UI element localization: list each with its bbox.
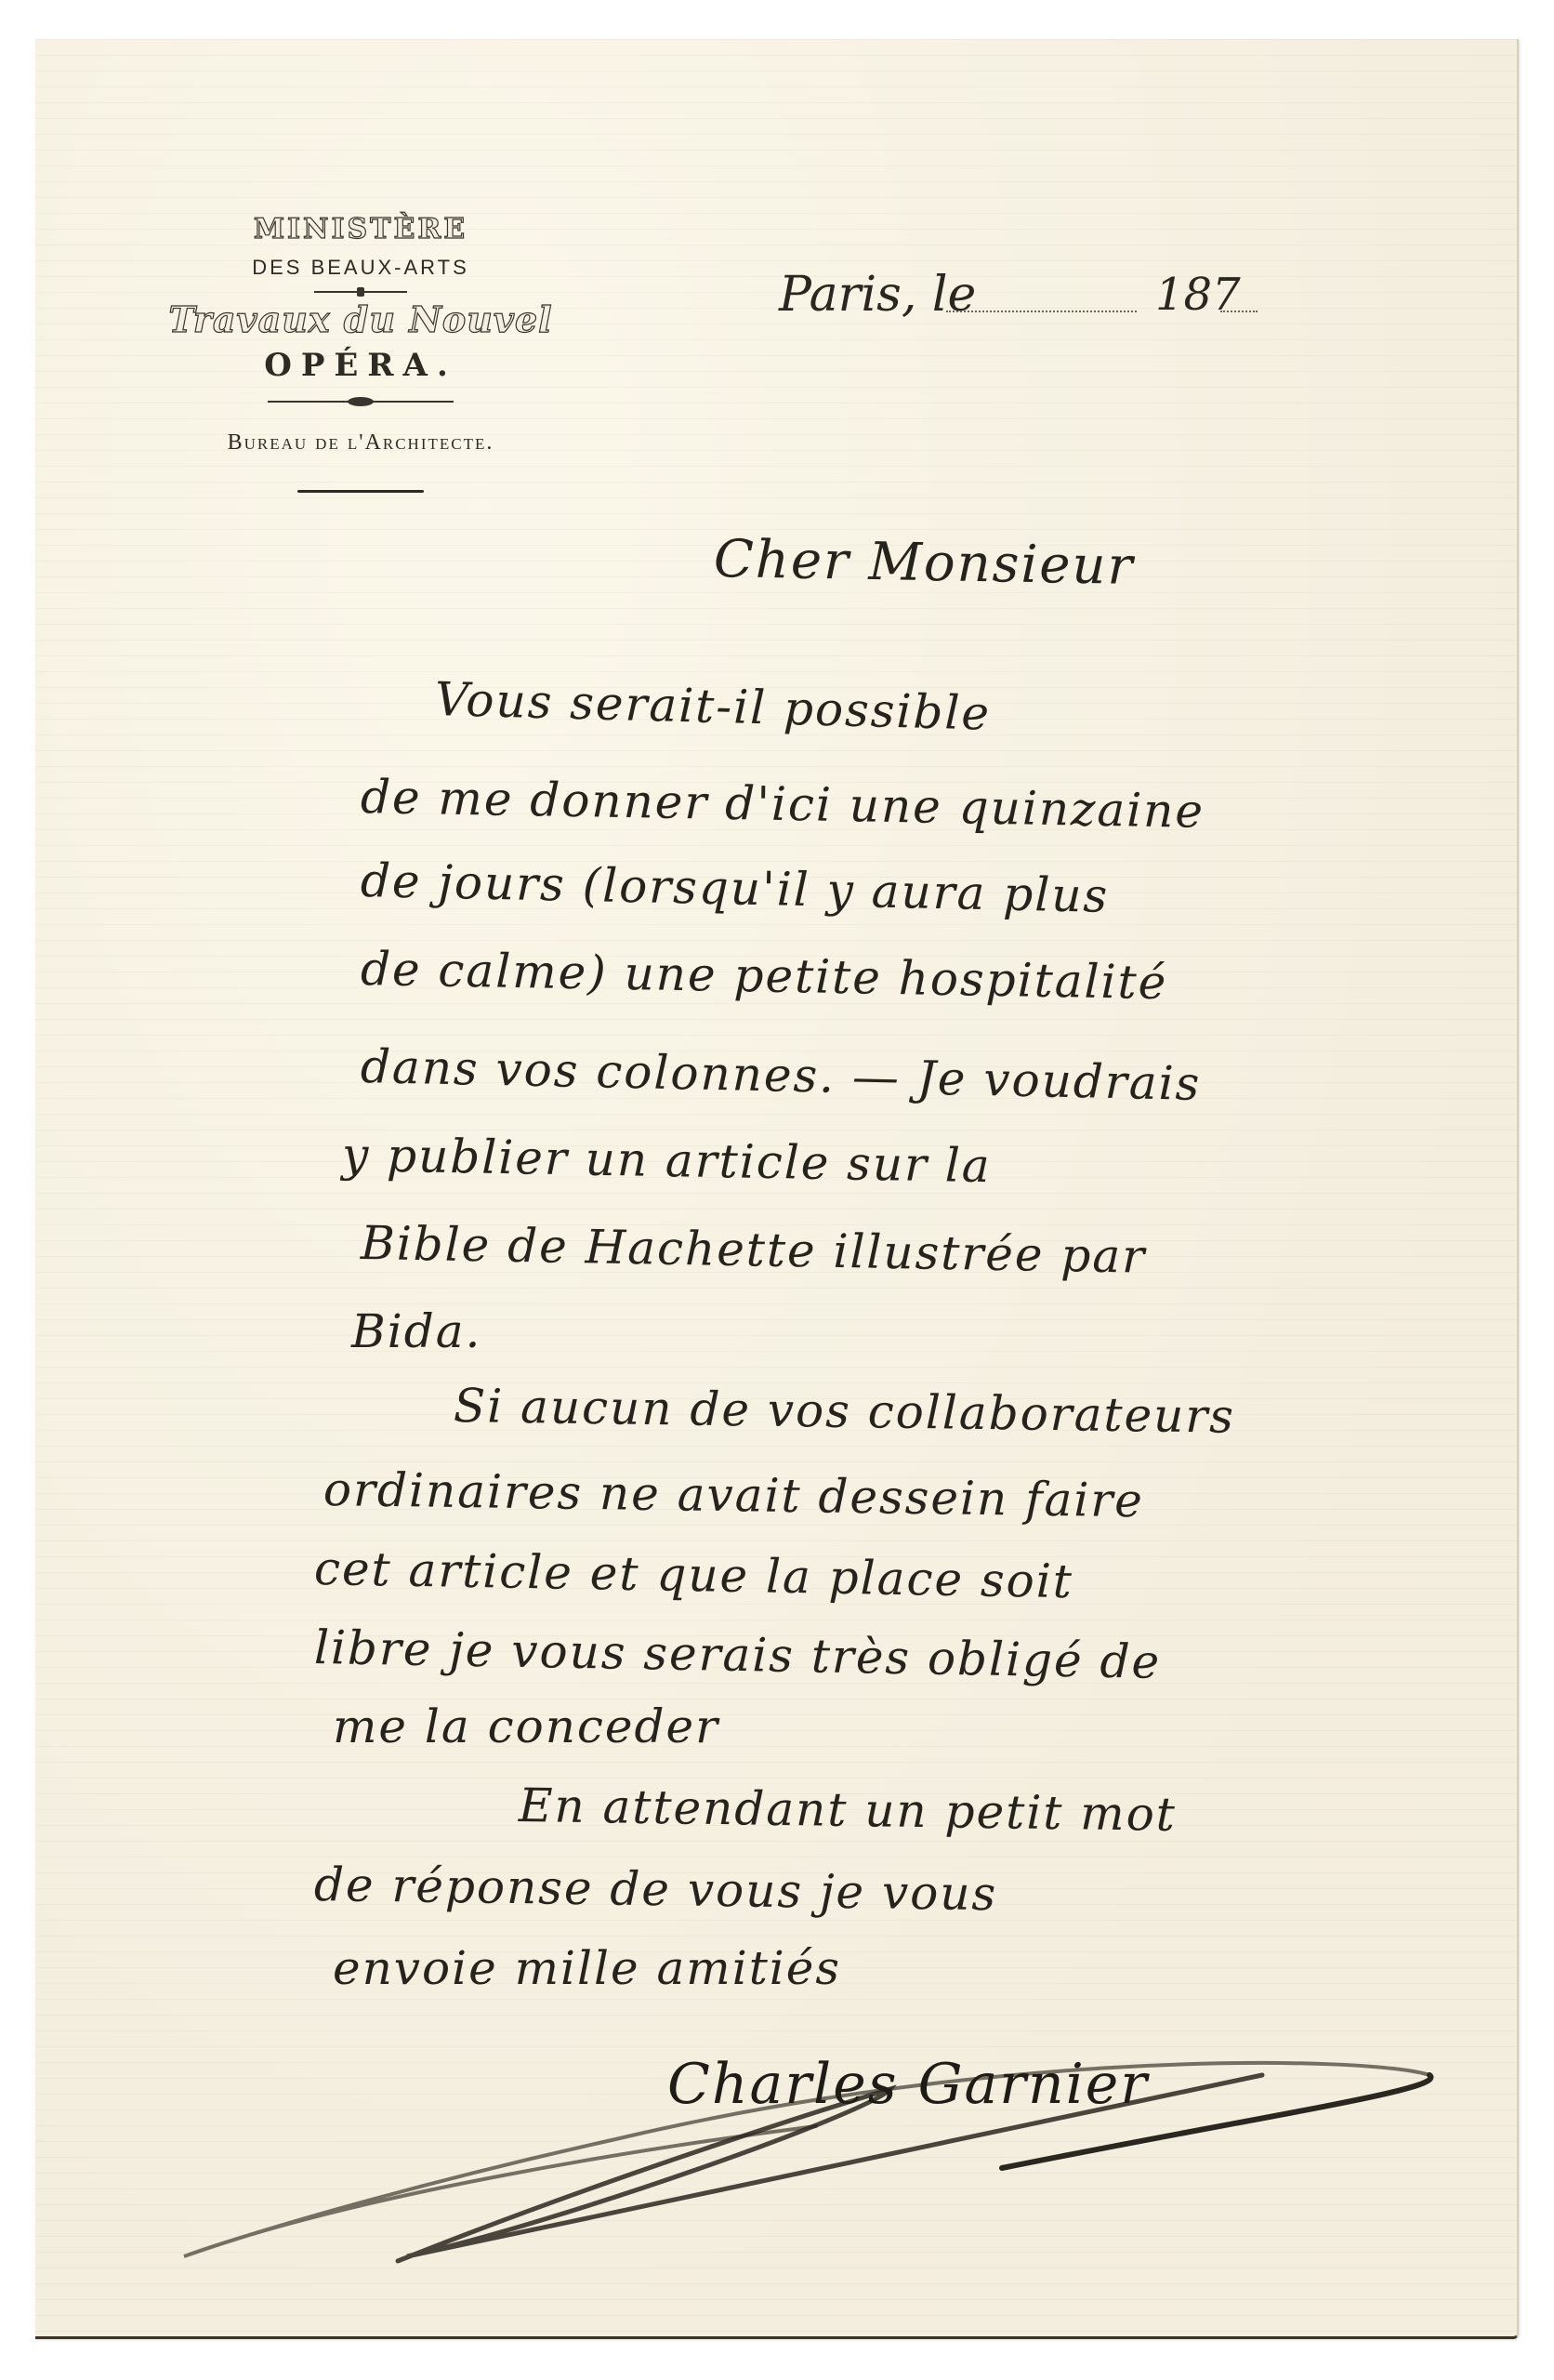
letterhead-office: Bureau de l'Architecte. bbox=[138, 429, 584, 456]
letter-line: y publier un article sur la bbox=[341, 1127, 992, 1194]
dateline-place: Paris, le bbox=[779, 262, 976, 327]
date-blank-line bbox=[946, 311, 1137, 312]
letterhead-works: Travaux du Nouvel bbox=[138, 298, 584, 341]
date-blank-line bbox=[1220, 311, 1258, 312]
letter-line: ordinaires ne avait dessein faire bbox=[323, 1461, 1145, 1528]
ornament-divider bbox=[314, 291, 407, 293]
letter-line: me la conceder bbox=[333, 1699, 719, 1754]
divider bbox=[297, 490, 424, 493]
letterhead-opera: OPÉRA. bbox=[138, 345, 584, 386]
letter-line: libre je vous serais très obligé de bbox=[313, 1620, 1161, 1690]
letterhead: MINISTÈRE DES BEAUX-ARTS Travaux du Nouv… bbox=[138, 211, 584, 493]
letter-line: Bible de Hachette illustrée par bbox=[360, 1215, 1146, 1285]
dateline: Paris, le 187 bbox=[779, 262, 1448, 337]
letter-line: Vous serait-il possible bbox=[434, 671, 992, 742]
salutation: Cher Monsieur bbox=[713, 532, 1134, 595]
letter-line: cet article et que la place soit bbox=[313, 1540, 1073, 1609]
signature: Charles Garnier bbox=[667, 2052, 1149, 2117]
letter-line: Bida. bbox=[351, 1303, 481, 1359]
letter-line: de réponse de vous je vous bbox=[314, 1857, 998, 1922]
letter-line: envoie mille amitiés bbox=[333, 1940, 841, 1996]
letterhead-ministere: MINISTÈRE bbox=[138, 211, 584, 248]
letter-line: En attendant un petit mot bbox=[519, 1778, 1178, 1843]
letter-line: dans vos colonnes. — Je voudrais bbox=[360, 1038, 1202, 1112]
letter-line: Si aucun de vos collaborateurs bbox=[454, 1378, 1236, 1445]
dateline-year: 187 bbox=[1155, 262, 1241, 327]
letterhead-department: DES BEAUX-ARTS bbox=[138, 254, 584, 282]
letter-line: de jours (lorsqu'il y aura plus bbox=[360, 853, 1109, 924]
letter-paper: MINISTÈRE DES BEAUX-ARTS Travaux du Nouv… bbox=[35, 39, 1519, 2339]
letter-line: de calme) une petite hospitalité bbox=[360, 941, 1167, 1011]
ornament-divider bbox=[268, 401, 454, 403]
letter-line: de me donner d'ici une quinzaine bbox=[360, 769, 1205, 840]
